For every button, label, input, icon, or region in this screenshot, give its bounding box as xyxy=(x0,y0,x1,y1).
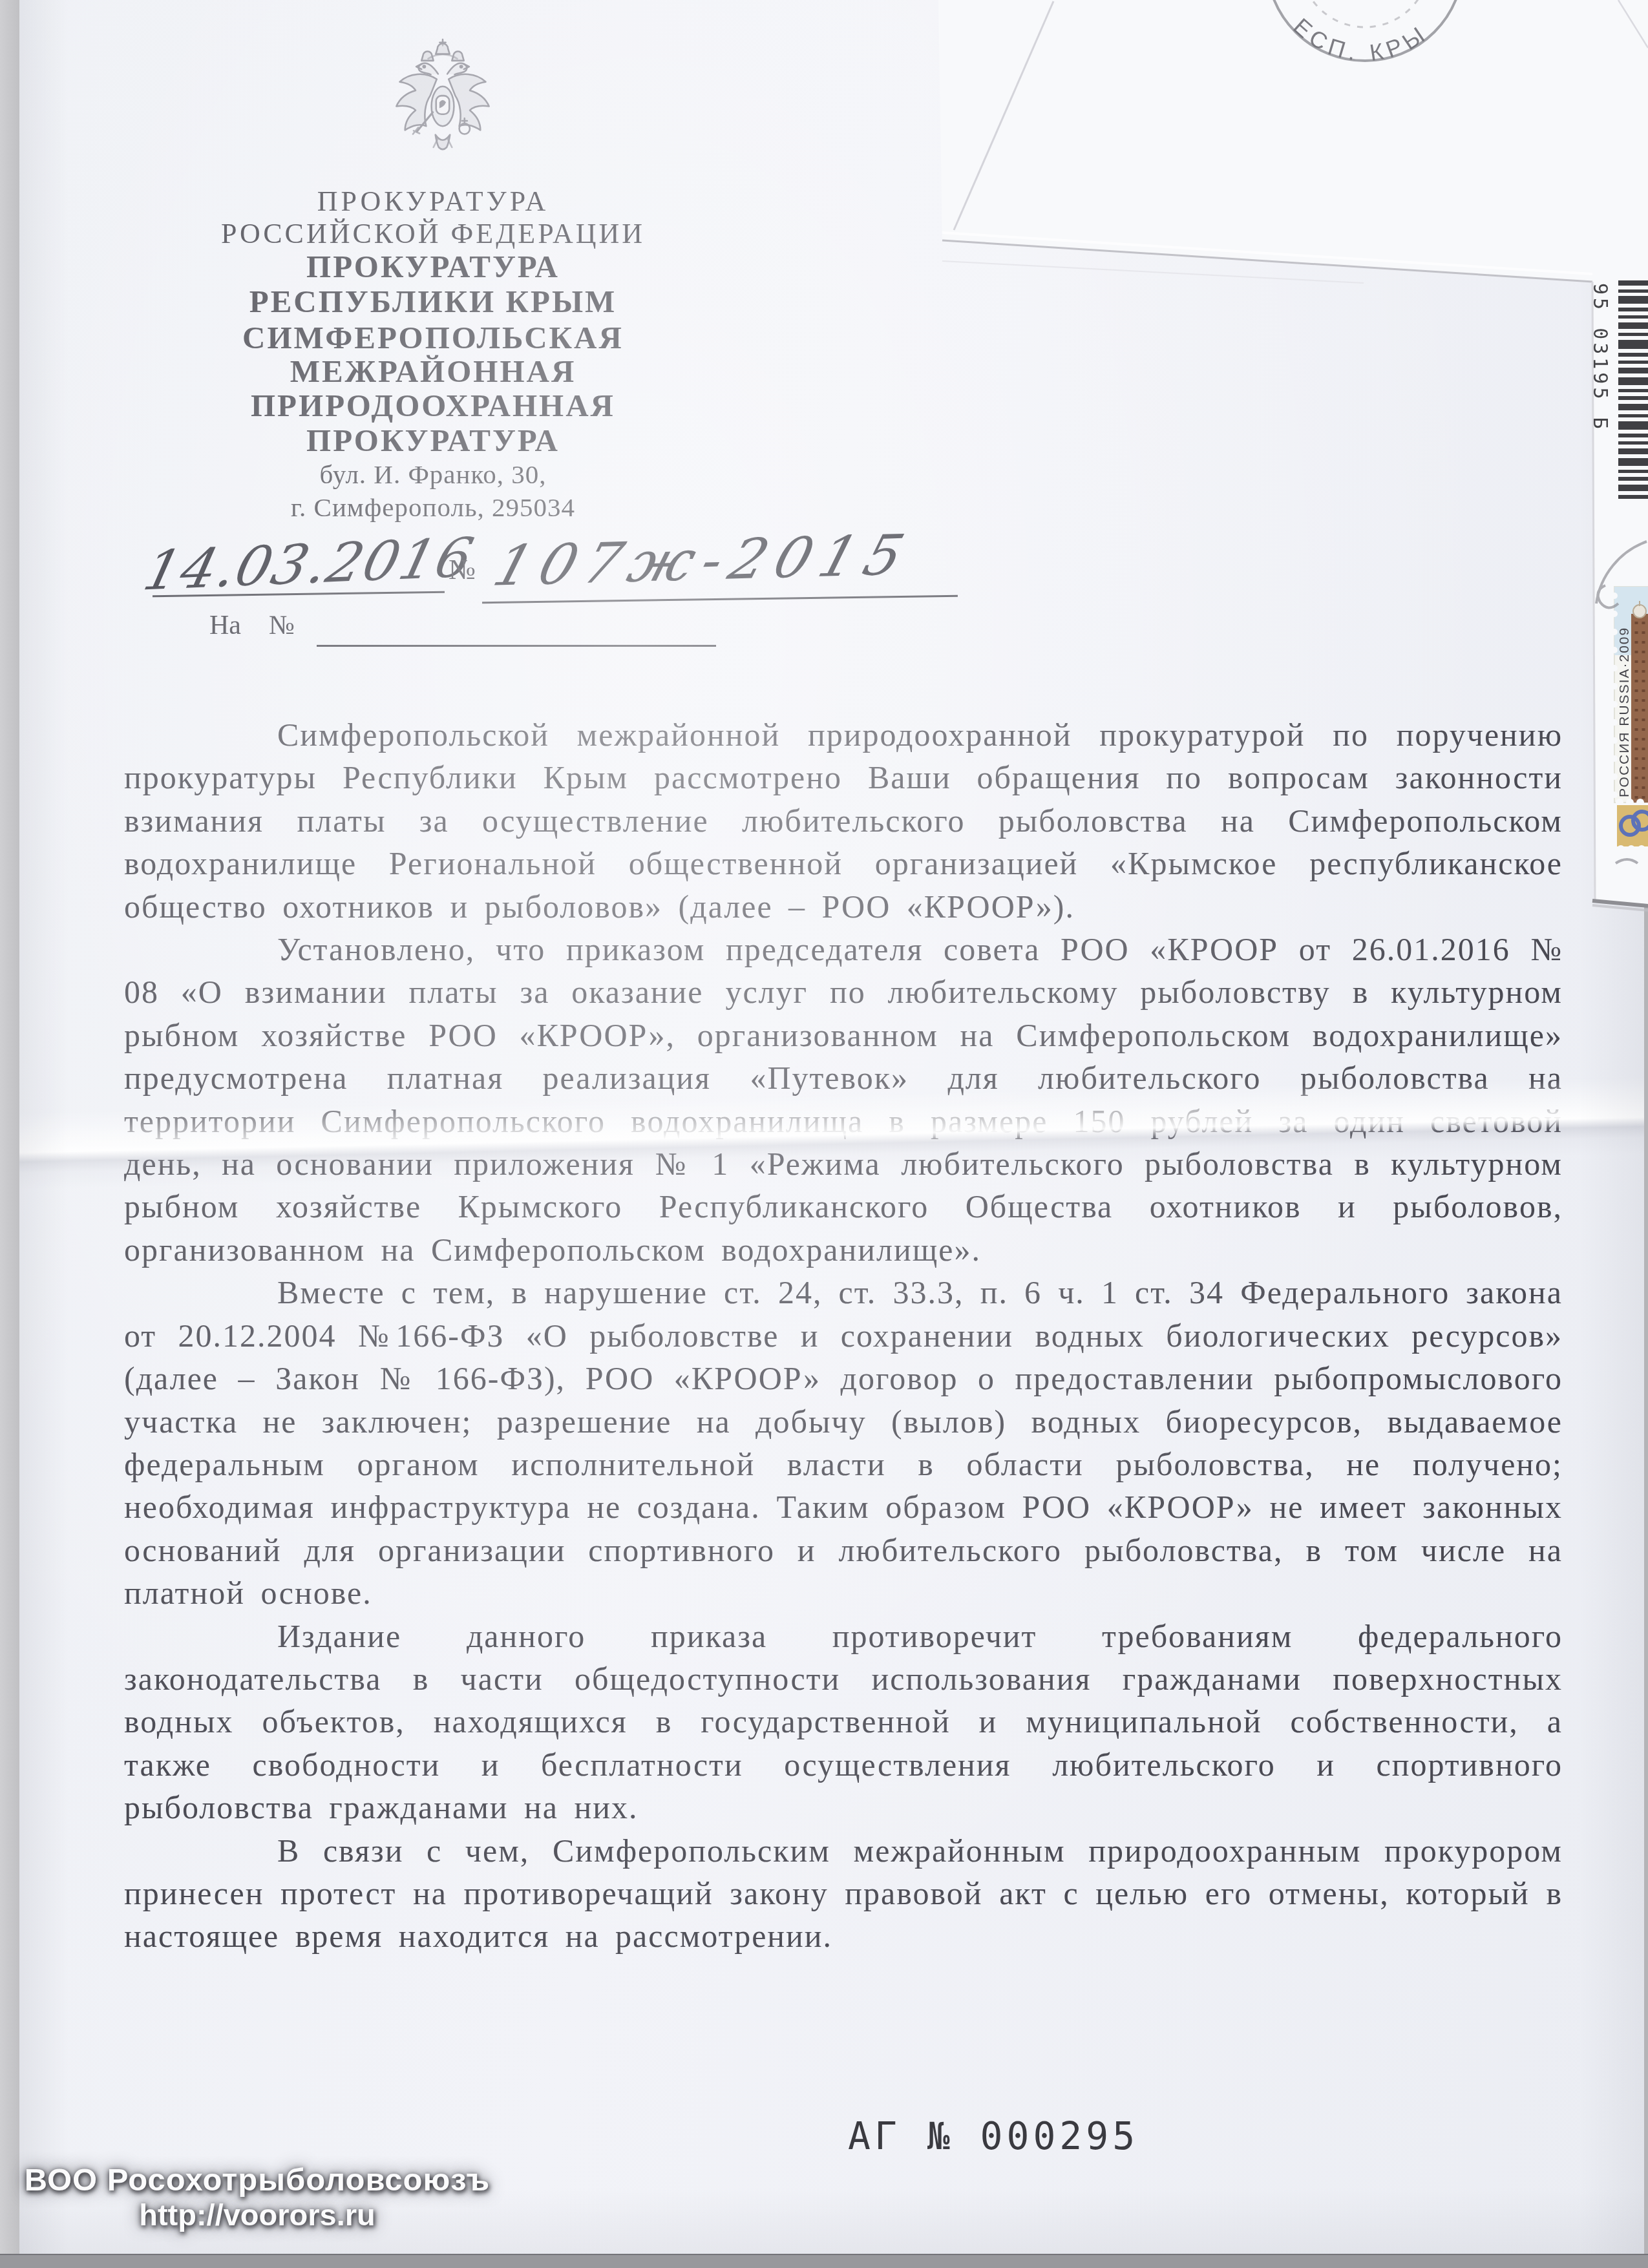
letter-page: ПРОКУРАТУРА РОССИЙСКОЙ ФЕДЕРАЦИИ ПРОКУРА… xyxy=(19,0,1644,2256)
handwritten-outgoing-number: 107ж-2015 xyxy=(486,523,920,599)
number-sign-label: № xyxy=(449,553,476,586)
letterhead-line: СИМФЕРОПОЛЬСКАЯ xyxy=(132,320,734,355)
site-watermark: ВОО Росохотрыболовсоюзъ http://voorors.r… xyxy=(1,2163,513,2232)
letterhead-line: РЕСПУБЛИКИ КРЫМ xyxy=(132,283,734,320)
letterhead-address: г. Симферополь, 295034 xyxy=(132,491,734,524)
letterhead-line: ПРОКУРАТУРА xyxy=(132,423,734,458)
watermark-org-name: ВОО Росохотрыболовсоюзъ xyxy=(1,2163,513,2198)
body-paragraph: Издание данного приказа противоречит тре… xyxy=(124,1615,1563,1829)
letter-body: Симферопольской межрайонной природоохран… xyxy=(124,713,1563,1958)
scanner-edge xyxy=(0,2254,1648,2268)
letterhead-line: РОССИЙСКОЙ ФЕДЕРАЦИИ xyxy=(132,218,734,250)
letterhead-line: МЕЖРАЙОННАЯ xyxy=(132,355,734,388)
coat-of-arms-russia-icon xyxy=(386,37,499,174)
scanned-letter-screenshot: { "letterhead": { "l1": "ПРОКУРАТУРА", "… xyxy=(0,0,1648,2268)
letterhead-line: ПРОКУРАТУРА xyxy=(132,185,734,218)
form-number: АГ № 000295 xyxy=(848,2114,1139,2158)
letterhead-address: бул. И. Франко, 30, xyxy=(132,458,734,491)
watermark-url: http://voorors.ru xyxy=(1,2198,513,2232)
letterhead-line: ПРИРОДООХРАННАЯ xyxy=(132,388,734,423)
reply-to-number-sign: № xyxy=(269,610,295,641)
reply-reference-underline xyxy=(317,645,716,647)
letterhead-line: ПРОКУРАТУРА xyxy=(132,250,734,283)
body-paragraph: Установлено, что приказом председателя с… xyxy=(124,928,1563,1271)
body-paragraph: Вместе с тем, в нарушение ст. 24, ст. 33… xyxy=(124,1271,1563,1614)
body-paragraph: Симферопольской межрайонной природоохран… xyxy=(124,713,1563,928)
body-paragraph: В связи с чем, Симферопольским межрайонн… xyxy=(124,1829,1563,1958)
letterhead-block: ПРОКУРАТУРА РОССИЙСКОЙ ФЕДЕРАЦИИ ПРОКУРА… xyxy=(132,185,734,524)
reply-to-label: На xyxy=(209,610,241,641)
